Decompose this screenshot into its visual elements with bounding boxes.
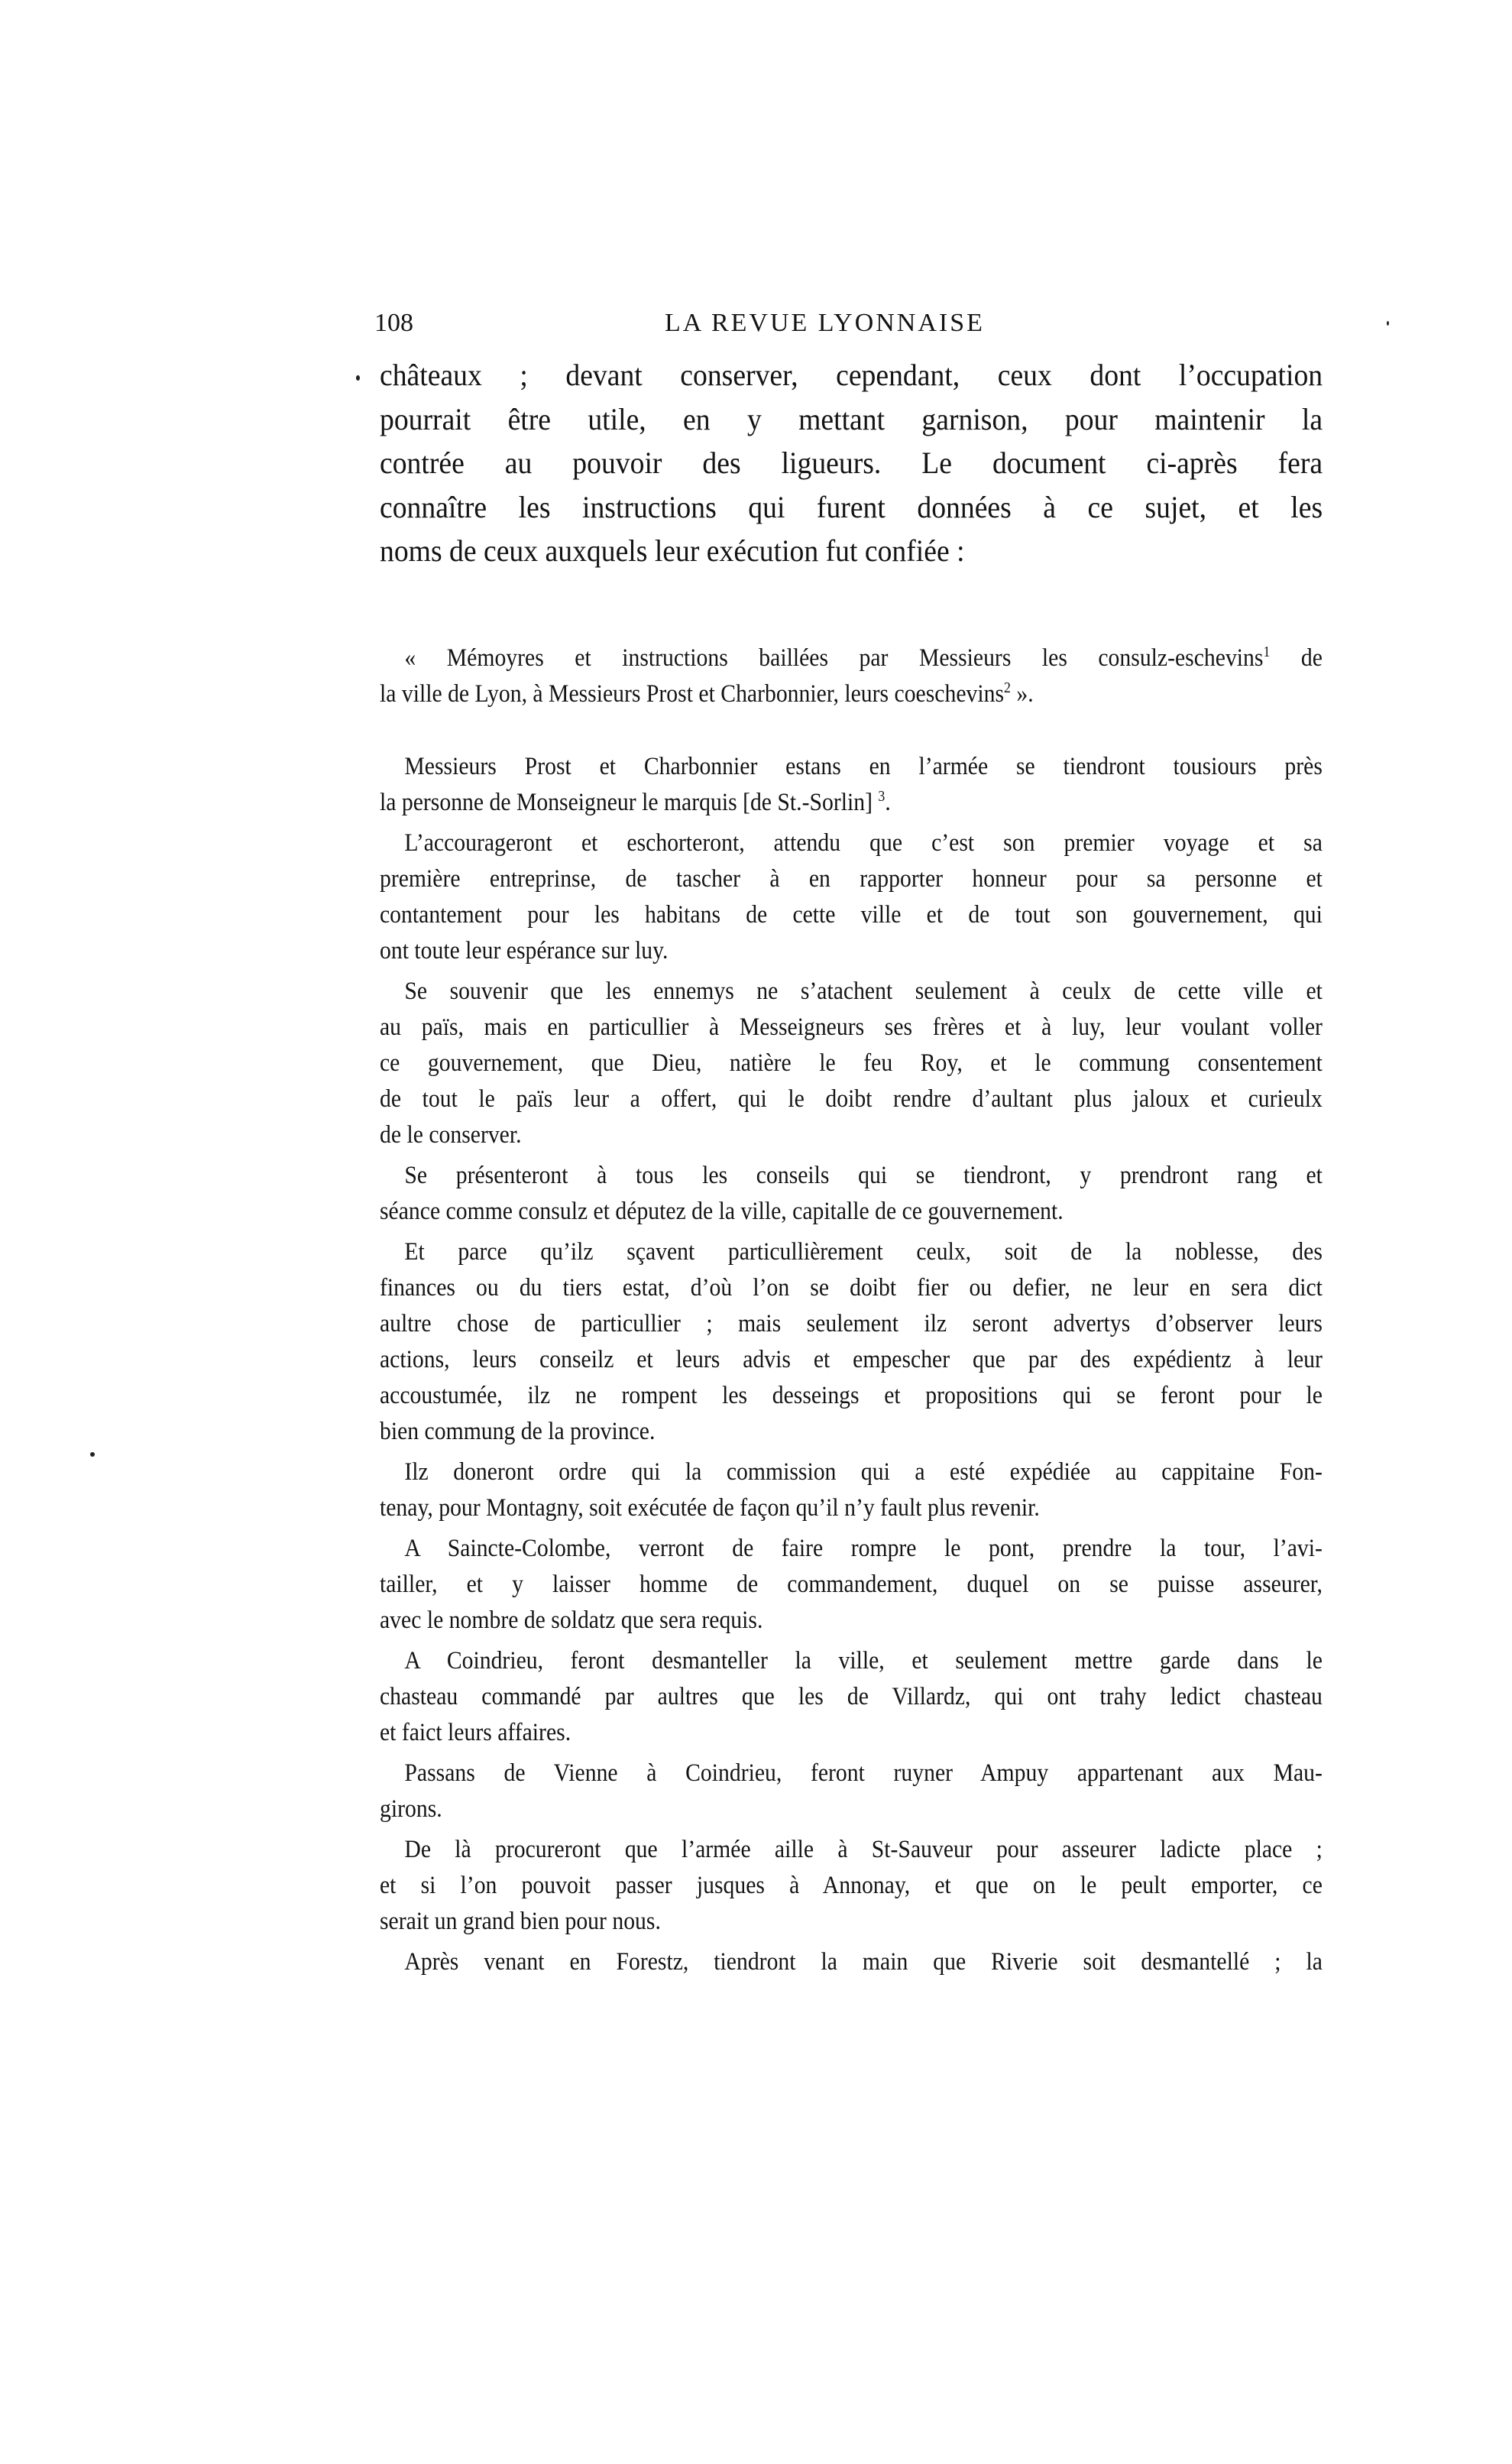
title-text: la ville de Lyon, à Messieurs Prost et C… [380,680,1004,708]
scan-speck [1387,321,1389,326]
text-line: De là procureront que l’armée aille à St… [380,1832,1323,1868]
text-line: finances ou du tiers estat, d’où l’on se… [380,1270,1323,1306]
intro-line: connaître les instructions qui furent do… [380,485,1323,530]
text-line: Et parce qu’ilz sçavent particullièremen… [380,1234,1323,1270]
instruction-paragraph: A Saincte-Colombe, verront de faire romp… [380,1531,1323,1639]
text-line: serait un grand bien pour nous. [380,1904,1323,1940]
text-line: et faict leurs affaires. [380,1715,1323,1751]
text-line: A Coindrieu, feront desmanteller la vill… [380,1643,1323,1679]
text-line: au païs, mais en particullier à Messeign… [380,1010,1323,1046]
journal-title: LA REVUE LYONNAISE [665,309,985,338]
text-line: bien commung de la province. [380,1414,1323,1450]
intro-line: châteaux ; devant conserver, cependant, … [380,353,1323,397]
text-line: accoustumée, ilz ne rompent les desseing… [380,1378,1323,1414]
text-line: la personne de Monseigneur le marquis [d… [380,785,1323,821]
text-line: contantement pour les habitans de cette … [380,897,1323,933]
text-line: chasteau commandé par aultres que les de… [380,1679,1323,1715]
text-line: Se souvenir que les ennemys ne s’atachen… [380,974,1323,1010]
text-run: . [885,789,890,816]
text-line: Passans de Vienne à Coindrieu, feront ru… [380,1756,1323,1791]
text-line: ce gouvernement, que Dieu, natière le fe… [380,1046,1323,1081]
text-line: Messieurs Prost et Charbonnier estans en… [380,749,1323,785]
text-line: de tout le païs leur a offert, qui le do… [380,1081,1323,1117]
text-line: tenay, pour Montagny, soit exécutée de f… [380,1490,1323,1526]
instruction-paragraph: Et parce qu’ilz sçavent particullièremen… [380,1234,1323,1450]
text-line: aultre chose de particullier ; mais seul… [380,1306,1323,1342]
running-head: 108 LA REVUE LYONNAISE [374,309,1322,344]
text-line: actions, leurs conseilz et leurs advis e… [380,1342,1323,1378]
instruction-paragraph: Se souvenir que les ennemys ne s’atachen… [380,974,1323,1153]
scanned-page: 108 LA REVUE LYONNAISE châteaux ; devant… [0,0,1512,2464]
intro-paragraph: châteaux ; devant conserver, cependant, … [380,353,1323,573]
document-body: Messieurs Prost et Charbonnier estans en… [380,749,1323,1980]
text-line: tailler, et y laisser homme de commandem… [380,1567,1323,1603]
document-title-line: la ville de Lyon, à Messieurs Prost et C… [380,676,1323,712]
scan-speck [356,375,360,381]
intro-line: pourrait être utile, en y mettant garnis… [380,397,1323,442]
instruction-paragraph: A Coindrieu, feront desmanteller la vill… [380,1643,1323,1751]
text-line: A Saincte-Colombe, verront de faire romp… [380,1531,1323,1567]
text-line: Ilz doneront ordre qui la commission qui… [380,1454,1323,1490]
text-line: avec le nombre de soldatz que sera requi… [380,1603,1323,1639]
instruction-paragraph: L’accourageront et eschorteront, attendu… [380,825,1323,969]
text-line: de le conserver. [380,1117,1323,1153]
text-line: girons. [380,1791,1323,1827]
text-line: Après venant en Forestz, tiendront la ma… [380,1944,1323,1980]
intro-line: contrée au pouvoir des ligueurs. Le docu… [380,441,1323,485]
title-text: « Mémoyres et instructions baillées par … [404,644,1263,672]
document-title-line: « Mémoyres et instructions baillées par … [380,640,1323,676]
title-text: ». [1011,680,1034,708]
text-line: ont toute leur espérance sur luy. [380,933,1323,969]
instruction-paragraph: De là procureront que l’armée aille à St… [380,1832,1323,1940]
instruction-paragraph: Après venant en Forestz, tiendront la ma… [380,1944,1323,1980]
text-run: la personne de Monseigneur le marquis [d… [380,789,873,816]
text-line: première entreprinse, de tascher à en ra… [380,861,1323,897]
instruction-paragraph: Ilz doneront ordre qui la commission qui… [380,1454,1323,1526]
text-line: Se présenteront à tous les conseils qui … [380,1158,1323,1194]
title-text: de [1270,644,1323,672]
text-line: et si l’on pouvoit passer jusques à Anno… [380,1868,1323,1904]
scan-speck [90,1452,95,1457]
footnote-ref[interactable]: 1 [1263,644,1270,660]
instruction-paragraph: Se présenteront à tous les conseils qui … [380,1158,1323,1230]
text-line: L’accourageront et eschorteront, attendu… [380,825,1323,861]
instruction-paragraph: Passans de Vienne à Coindrieu, feront ru… [380,1756,1323,1827]
footnote-ref[interactable]: 3 [878,788,885,805]
document-title: « Mémoyres et instructions baillées par … [380,640,1323,712]
intro-line: noms de ceux auxquels leur exécution fut… [380,529,1323,573]
text-line: séance comme consulz et députez de la vi… [380,1194,1323,1230]
footnote-ref[interactable]: 2 [1004,679,1011,696]
page-number: 108 [374,309,413,338]
instruction-paragraph: Messieurs Prost et Charbonnier estans en… [380,749,1323,821]
